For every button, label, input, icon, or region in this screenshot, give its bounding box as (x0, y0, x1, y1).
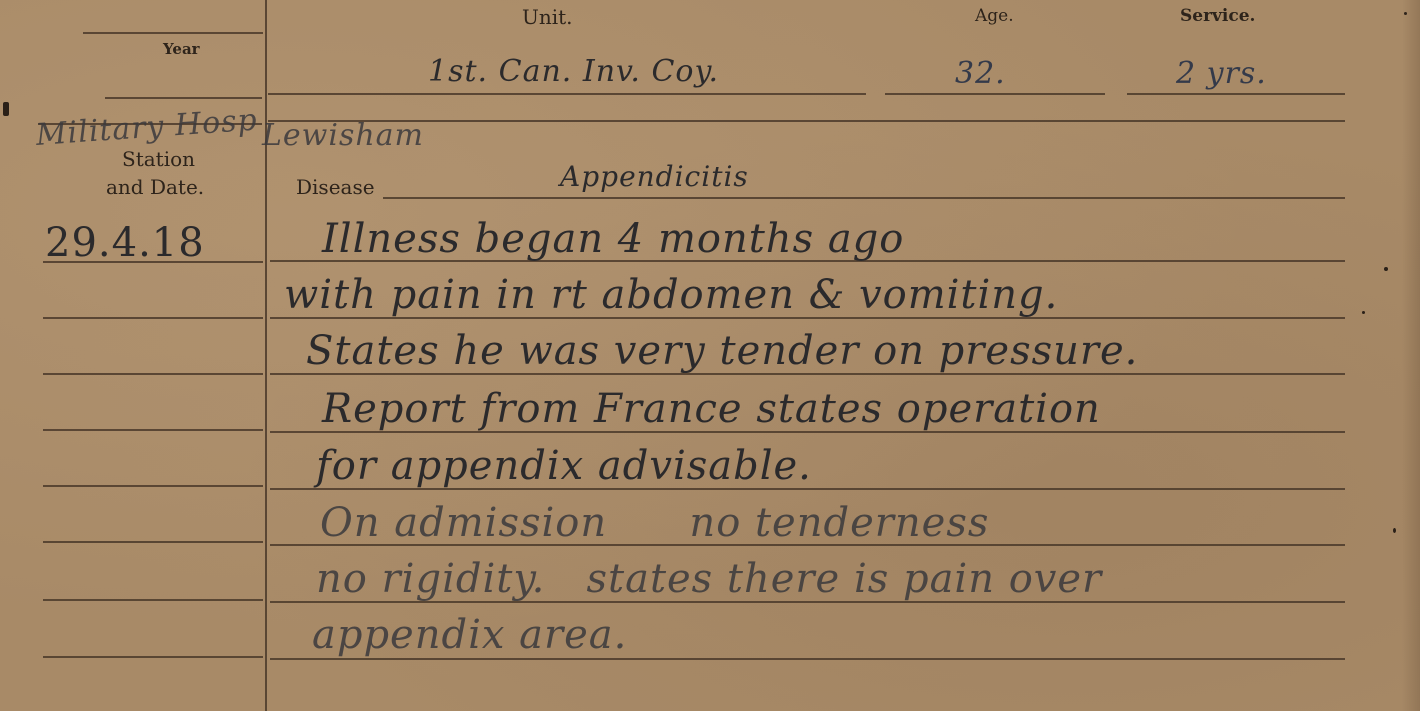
paper-speck (1362, 311, 1365, 314)
unit-value: 1st. Can. Inv. Coy. (428, 54, 719, 89)
service-field-line (1127, 93, 1345, 95)
rule (43, 373, 263, 375)
rule (43, 317, 263, 319)
paper-speck (1384, 267, 1388, 271)
service-value: 2 yrs. (1176, 56, 1267, 91)
age-label: Age. (975, 6, 1014, 26)
note-line: Illness began 4 months ago (322, 216, 904, 262)
page-edge-shadow (1402, 0, 1420, 711)
rule (43, 541, 263, 543)
medical-record-card: Year Unit. Age. Service. Station and Dat… (0, 0, 1420, 711)
note-line: On admission no tenderness (320, 500, 989, 546)
rule (43, 656, 263, 658)
note-line: Report from France states operation (322, 386, 1101, 432)
note-line: no rigidity. states there is pain over (316, 556, 1102, 602)
paper-speck (3, 102, 9, 116)
rule (43, 485, 263, 487)
admission-date: 29.4.18 (45, 220, 205, 266)
service-label: Service. (1180, 6, 1255, 26)
age-value: 32. (955, 56, 1006, 91)
unit-field-line (268, 93, 866, 95)
disease-value: Appendicitis (560, 160, 749, 193)
year-label: Year (163, 40, 200, 58)
note-line: for appendix advisable. (316, 443, 812, 489)
disease-label: Disease (296, 175, 375, 199)
paper-speck (1393, 528, 1396, 533)
note-line: with pain in rt abdomen & vomiting. (284, 272, 1058, 318)
disease-field-line (383, 197, 1345, 199)
note-line: States he was very tender on pressure. (306, 328, 1138, 374)
note-line: appendix area. (312, 612, 627, 658)
station-location-value: Lewisham (262, 118, 424, 153)
station-label: Station (122, 147, 195, 171)
column-divider (265, 0, 267, 711)
rule (268, 120, 1345, 122)
rule (43, 429, 263, 431)
station-value: Military Hosp (35, 103, 259, 153)
rule (43, 599, 263, 601)
rule (270, 658, 1345, 660)
date-label: and Date. (106, 175, 204, 199)
age-field-line (885, 93, 1105, 95)
rule (105, 97, 262, 99)
unit-label: Unit. (522, 5, 573, 29)
rule (83, 32, 263, 34)
